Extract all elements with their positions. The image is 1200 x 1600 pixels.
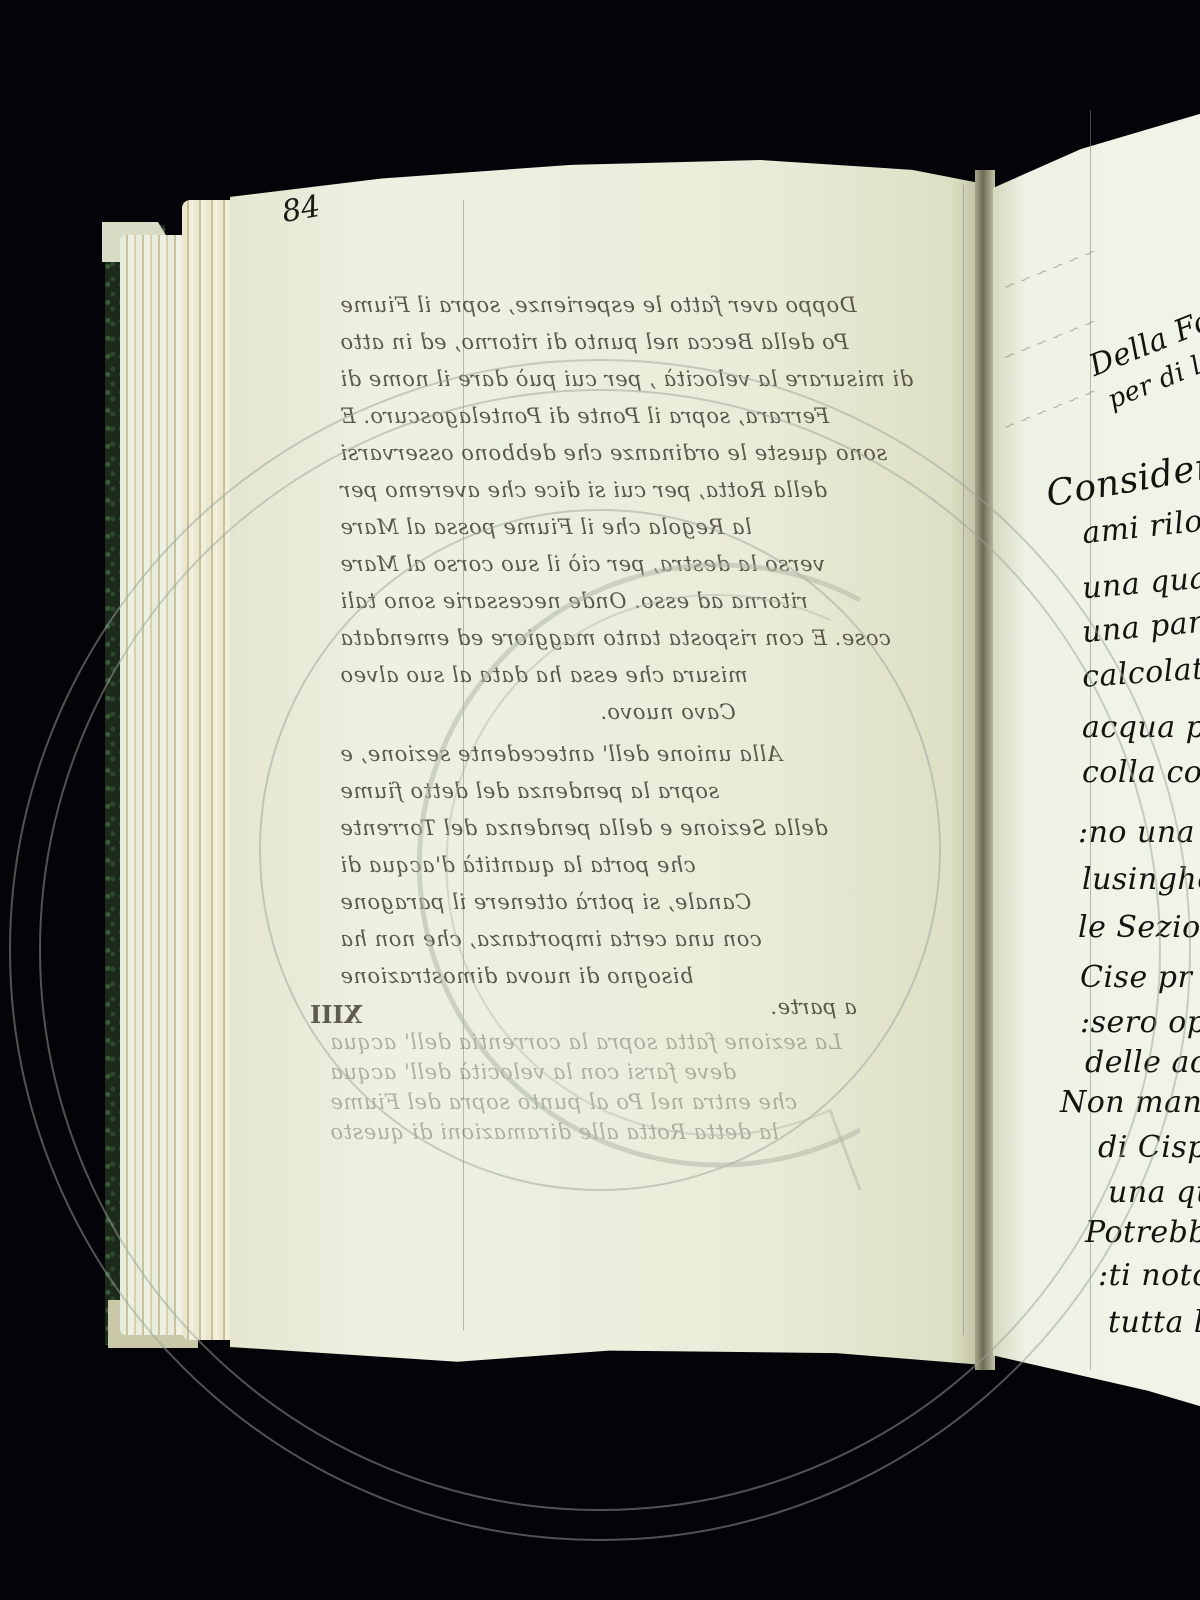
text-line: La sezione fatta sopra la correntia dell… (330, 1030, 842, 1054)
text-line: delle ac (1085, 1045, 1200, 1080)
section-number: XIII (310, 1000, 362, 1029)
text-line: bisogno di nuova dimostrazione (340, 964, 693, 988)
book-gutter (975, 170, 995, 1370)
text-line: che entra nel Po al punto sopra del Fium… (330, 1090, 797, 1114)
text-line: Canale, si potrà ottenere il paragone (340, 890, 751, 914)
text-line: Cavo nuovo. (600, 700, 736, 724)
text-line: sono queste le ordinanze che debbono oss… (340, 441, 887, 465)
text-line: tutta le (1108, 1305, 1200, 1340)
text-line: della Sezione e della pendenza del Torre… (340, 816, 828, 840)
text-line: con una certa importanza, che non ha (340, 927, 762, 951)
text-line: Potrebbe in (1085, 1215, 1200, 1250)
text-line: sopra la pendenza del detto fiume (340, 779, 719, 803)
text-line: Po della Becca nel punto di ritorno, ed … (340, 330, 849, 354)
right-margin-rule (963, 185, 964, 1335)
text-line: Non man (1060, 1085, 1200, 1120)
text-line: le Sezion (1078, 910, 1200, 945)
text-line: Alla unione dell' antecedente sezione, e (340, 742, 782, 766)
text-line: ritorna ad esso. Onde necessarie sono ta… (340, 589, 808, 613)
text-line: Doppo aver fatto le esperienze, sopra il… (340, 293, 857, 317)
text-line: cose. E con risposta tanto maggiore ed e… (340, 626, 891, 650)
text-line: che porta la quantità d'acqua di (340, 853, 696, 877)
text-line: della Rotta, per cui si dice che averemo… (340, 478, 827, 502)
text-line: deve farsi con la velocità dell' acqua (330, 1060, 736, 1084)
text-line: :no una (1078, 815, 1195, 850)
folio-number: 84 (279, 189, 323, 230)
text-line: di misurare la velocità , per cui può da… (340, 367, 913, 391)
text-line: misura che essa ha data al suo alveo (340, 663, 748, 687)
text-line: Ferrara, sopra il Ponte di Pontelagoscur… (340, 404, 829, 428)
text-line: colla con (1082, 755, 1200, 790)
text-line: :ti notor (1098, 1258, 1200, 1293)
text-line: di Cisp (1098, 1130, 1200, 1165)
text-line: Cise pr (1080, 960, 1192, 995)
text-line: una qu (1108, 1175, 1200, 1210)
text-line: a parte. (770, 995, 857, 1019)
text-line: :sero op (1080, 1005, 1200, 1040)
text-line: verso la destra, per ciò il suo corso al… (340, 552, 825, 576)
text-line: la Regola che il Fiume possa al Mare (340, 515, 752, 539)
text-line: acqua p (1082, 710, 1200, 745)
text-line: lusinghe (1082, 862, 1200, 897)
text-line: la detta Rotta alle diramazioni di quest… (330, 1120, 779, 1144)
